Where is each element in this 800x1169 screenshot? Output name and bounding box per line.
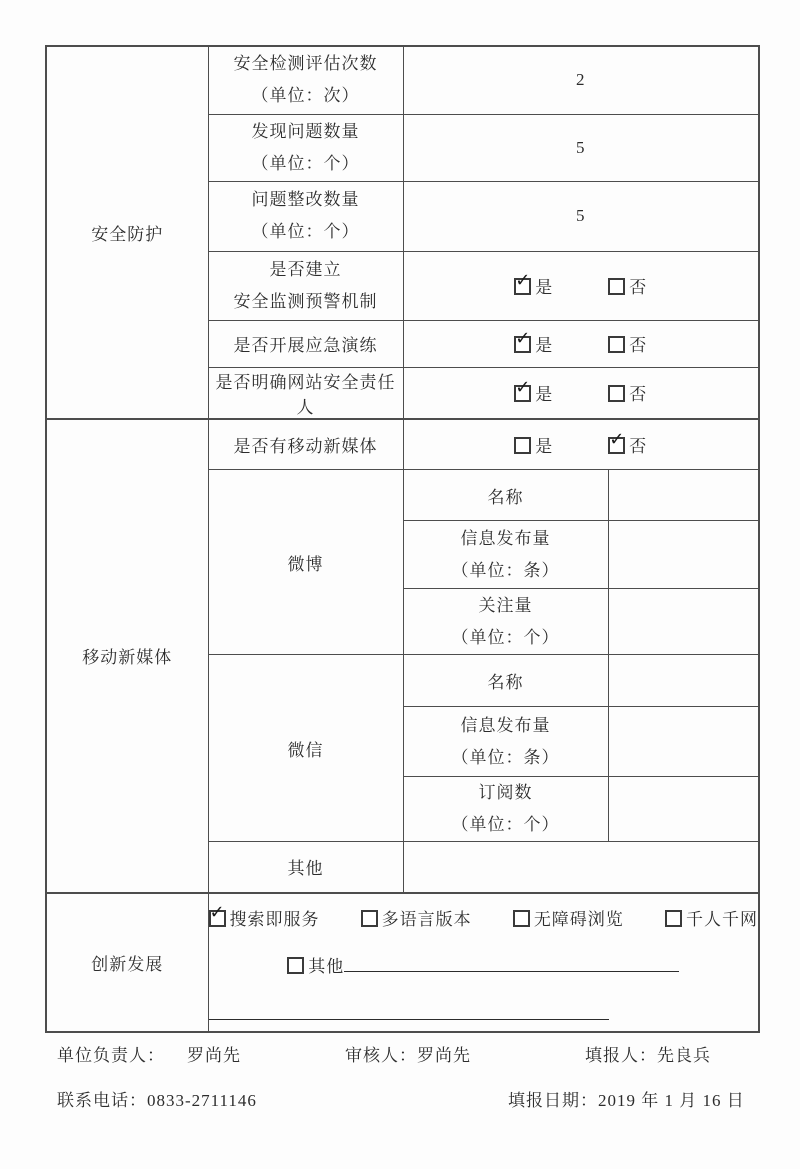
field-label-line: 问题整改数量 (209, 184, 403, 216)
field-label-unit: （单位：个） (209, 148, 403, 180)
yes-label: 是 (535, 437, 553, 456)
reviewer-value: 罗尚先 (417, 1046, 471, 1065)
field-label: 订阅数 （单位：个） (403, 777, 608, 842)
date-label: 填报日期： (508, 1091, 598, 1110)
yesno-field: ✓是否 (403, 251, 759, 320)
date-value: 2019 年 1 月 16 日 (598, 1091, 745, 1110)
no-label: 否 (629, 385, 647, 404)
check-icon: ✓ (210, 904, 226, 922)
yesno-field: ✓是否 (403, 320, 759, 367)
option-accessibility[interactable]: 无障碍浏览 (513, 905, 624, 930)
innovation-other-row: 其他 (209, 952, 759, 977)
phone-label: 联系电话： (57, 1091, 147, 1110)
group-label-weibo: 微博 (208, 470, 403, 655)
field-label-line: 关注量 (404, 590, 608, 622)
option-personalized[interactable]: 千人千网 (665, 905, 758, 930)
field-label-unit: （单位：个） (404, 809, 608, 841)
innovation-options: ✓搜索即服务 多语言版本 无障碍浏览 千人千网 (209, 905, 759, 930)
filler-field: 填报人：先良兵 (585, 1041, 711, 1066)
field-label-unit: （单位：个） (404, 622, 608, 654)
option-label: 千人千网 (686, 910, 758, 929)
yesno-field: ✓是否 (403, 367, 759, 419)
no-option[interactable]: ✓否 (608, 437, 647, 456)
field-label: 安全检测评估次数 （单位：次） (208, 46, 403, 114)
option-label: 搜索即服务 (230, 910, 320, 929)
field-label-line: 发现问题数量 (209, 116, 403, 148)
option-label: 无障碍浏览 (534, 910, 624, 929)
yes-label: 是 (535, 385, 553, 404)
phone-value: 0833-2711146 (147, 1091, 257, 1110)
option-search-service[interactable]: ✓搜索即服务 (209, 905, 320, 930)
checkbox-yes[interactable]: ✓ (514, 385, 531, 402)
unit-head-value: 罗尚先 (187, 1041, 241, 1066)
field-value[interactable] (608, 707, 759, 777)
field-label-line: 是否建立 (209, 254, 403, 286)
field-value[interactable] (608, 589, 759, 655)
field-label: 是否建立 安全监测预警机制 (208, 251, 403, 320)
option-label: 其他 (308, 957, 344, 976)
field-label-unit: （单位：条） (404, 555, 608, 587)
option-label: 多语言版本 (382, 910, 472, 929)
innovation-content: ✓搜索即服务 多语言版本 无障碍浏览 千人千网 其他 (208, 893, 759, 1032)
field-value[interactable]: 2 (403, 46, 759, 114)
field-label: 是否有移动新媒体 (208, 419, 403, 470)
reviewer-field: 审核人：罗尚先 (345, 1041, 471, 1066)
phone-field: 联系电话：0833-2711146 (57, 1086, 257, 1111)
field-label-line: 信息发布量 (404, 523, 608, 555)
field-label: 问题整改数量 （单位：个） (208, 181, 403, 251)
checkbox[interactable] (665, 910, 682, 927)
field-label: 信息发布量 （单位：条） (403, 521, 608, 589)
field-value[interactable]: 5 (403, 181, 759, 251)
field-label-unit: （单位：个） (209, 216, 403, 248)
field-label: 名称 (403, 655, 608, 707)
field-label: 关注量 （单位：个） (403, 589, 608, 655)
check-icon: ✓ (609, 431, 625, 449)
yes-option[interactable]: ✓是 (514, 385, 553, 404)
checkbox[interactable]: ✓ (209, 910, 226, 927)
fill-in-line[interactable] (209, 1005, 609, 1020)
section-label-security: 安全防护 (46, 46, 208, 419)
checkbox-yes[interactable]: ✓ (514, 336, 531, 353)
field-label-line: 信息发布量 (404, 710, 608, 742)
no-option[interactable]: 否 (608, 278, 647, 297)
yes-label: 是 (535, 336, 553, 355)
checkbox[interactable] (513, 910, 530, 927)
report-form-table: 安全防护 安全检测评估次数 （单位：次） 2 发现问题数量 （单位：个） 5 问… (45, 45, 760, 1033)
filler-value: 先良兵 (657, 1046, 711, 1065)
field-value[interactable] (608, 777, 759, 842)
yes-option[interactable]: ✓是 (514, 336, 553, 355)
no-option[interactable]: 否 (608, 385, 647, 404)
checkbox-yes[interactable]: ✓ (514, 278, 531, 295)
check-icon: ✓ (515, 330, 531, 348)
unit-head-label: 单位负责人： (57, 1046, 165, 1065)
filler-label: 填报人： (585, 1046, 657, 1065)
yes-option[interactable]: ✓是 (514, 278, 553, 297)
no-label: 否 (629, 437, 647, 456)
checkbox-yes[interactable] (514, 437, 531, 454)
field-value[interactable] (608, 470, 759, 521)
checkbox-no[interactable]: ✓ (608, 437, 625, 454)
field-label-line: 安全检测评估次数 (209, 48, 403, 80)
no-label: 否 (629, 336, 647, 355)
checkbox[interactable] (287, 957, 304, 974)
no-option[interactable]: 否 (608, 336, 647, 355)
table-row: 创新发展 ✓搜索即服务 多语言版本 无障碍浏览 千人千网 其他 (46, 893, 759, 1032)
field-label-unit: （单位：次） (209, 80, 403, 112)
check-icon: ✓ (515, 272, 531, 290)
field-value[interactable]: 5 (403, 114, 759, 181)
group-label-wechat: 微信 (208, 655, 403, 842)
section-label-innovation: 创新发展 (46, 893, 208, 1032)
fill-in-line[interactable] (344, 957, 679, 972)
section-label-mobile-media: 移动新媒体 (46, 419, 208, 893)
option-other[interactable]: 其他 (287, 957, 344, 976)
unit-head-field: 单位负责人： (57, 1041, 165, 1066)
field-value[interactable] (608, 521, 759, 589)
field-value[interactable] (608, 655, 759, 707)
option-multilanguage[interactable]: 多语言版本 (361, 905, 472, 930)
field-label: 发现问题数量 （单位：个） (208, 114, 403, 181)
field-label: 名称 (403, 470, 608, 521)
field-label-line: 安全监测预警机制 (209, 286, 403, 318)
yes-label: 是 (535, 278, 553, 297)
checkbox-no[interactable] (608, 278, 625, 295)
yesno-field: 是✓否 (403, 419, 759, 470)
field-label-unit: （单位：条） (404, 742, 608, 774)
field-label-line: 订阅数 (404, 777, 608, 809)
table-row: 移动新媒体 是否有移动新媒体 是✓否 (46, 419, 759, 470)
table-row: 安全防护 安全检测评估次数 （单位：次） 2 (46, 46, 759, 114)
check-icon: ✓ (515, 379, 531, 397)
field-value[interactable] (403, 842, 759, 893)
date-field: 填报日期：2019 年 1 月 16 日 (508, 1086, 745, 1111)
checkbox[interactable] (361, 910, 378, 927)
document-page: 安全防护 安全检测评估次数 （单位：次） 2 发现问题数量 （单位：个） 5 问… (0, 0, 800, 1169)
field-label: 是否明确网站安全责任人 (208, 367, 403, 419)
checkbox-no[interactable] (608, 385, 625, 402)
no-label: 否 (629, 278, 647, 297)
field-label: 是否开展应急演练 (208, 320, 403, 367)
yes-option[interactable]: 是 (514, 437, 553, 456)
field-label: 信息发布量 （单位：条） (403, 707, 608, 777)
reviewer-label: 审核人： (345, 1046, 417, 1065)
field-label-other: 其他 (208, 842, 403, 893)
checkbox-no[interactable] (608, 336, 625, 353)
